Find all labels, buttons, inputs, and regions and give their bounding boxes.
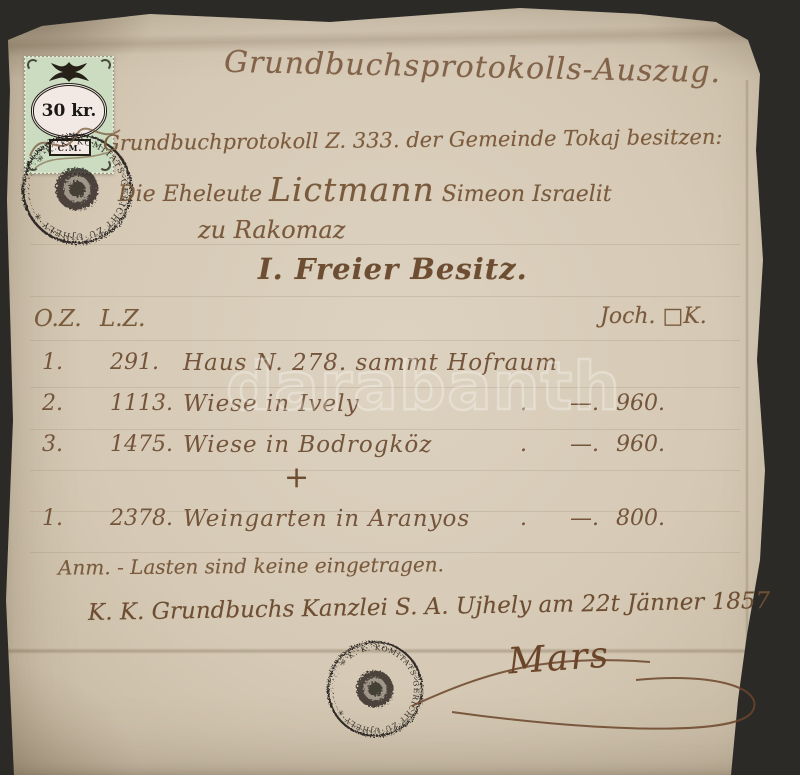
- row-lz: 2378.: [110, 506, 173, 531]
- column-header-oz: O.Z.: [34, 306, 82, 332]
- row-joch-dash: —.: [570, 506, 599, 531]
- annotation-line: Anm. - Lasten sind keine eingetragen.: [58, 552, 444, 579]
- row-oz: 1.: [42, 506, 63, 531]
- document-scan: 30 kr. C.M. ✳ K. K. KOMITATS-GERICHT ZU …: [0, 0, 800, 775]
- owner-line: Die Eheleute Lictmann Simeon Israelit: [118, 170, 612, 209]
- stamp-corner-ornament: [99, 59, 111, 71]
- owner-name: Lictmann: [269, 170, 435, 209]
- row-klafter-value: 800.: [616, 506, 665, 531]
- row-dot: .: [520, 432, 527, 457]
- row-oz: 3.: [42, 432, 63, 457]
- signature-flourish: [400, 628, 780, 743]
- stamp-corner-ornament: [27, 59, 39, 71]
- row-joch-dash: —.: [570, 432, 599, 457]
- row-klafter-value: 960.: [616, 432, 665, 457]
- ruled-line: [30, 340, 740, 341]
- column-header-lz: L.Z.: [100, 306, 145, 332]
- ruled-line: [30, 296, 740, 297]
- double-eagle-icon: [47, 60, 91, 84]
- row-oz: 2.: [42, 391, 63, 416]
- row-description: Wiese in Bodrogköz: [183, 432, 432, 458]
- owner-suffix: Simeon Israelit: [435, 182, 612, 207]
- plus-separator: +: [284, 460, 309, 495]
- row-lz: 291.: [110, 350, 159, 375]
- row-description: Weingarten in Aranyos: [183, 506, 470, 532]
- row-lz: 1475.: [110, 432, 173, 457]
- site-watermark: darabanth: [226, 348, 621, 425]
- row-oz: 1.: [42, 350, 63, 375]
- place-line: zu Rakomaz: [198, 216, 345, 244]
- table-row: 1. 2378. Weingarten in Aranyos . —. 800.: [0, 506, 800, 540]
- row-lz: 1113.: [110, 391, 173, 416]
- section-heading: I. Freier Besitz.: [258, 252, 528, 286]
- column-header-area: Joch. □K.: [600, 304, 707, 329]
- table-row: 3. 1475. Wiese in Bodrogköz . —. 960.: [0, 432, 800, 466]
- row-klafter-value: 960.: [616, 391, 665, 416]
- row-dot: .: [520, 506, 527, 531]
- owner-prefix: Die Eheleute: [118, 182, 269, 207]
- ruled-line: [30, 429, 740, 430]
- ruled-line: [30, 470, 740, 471]
